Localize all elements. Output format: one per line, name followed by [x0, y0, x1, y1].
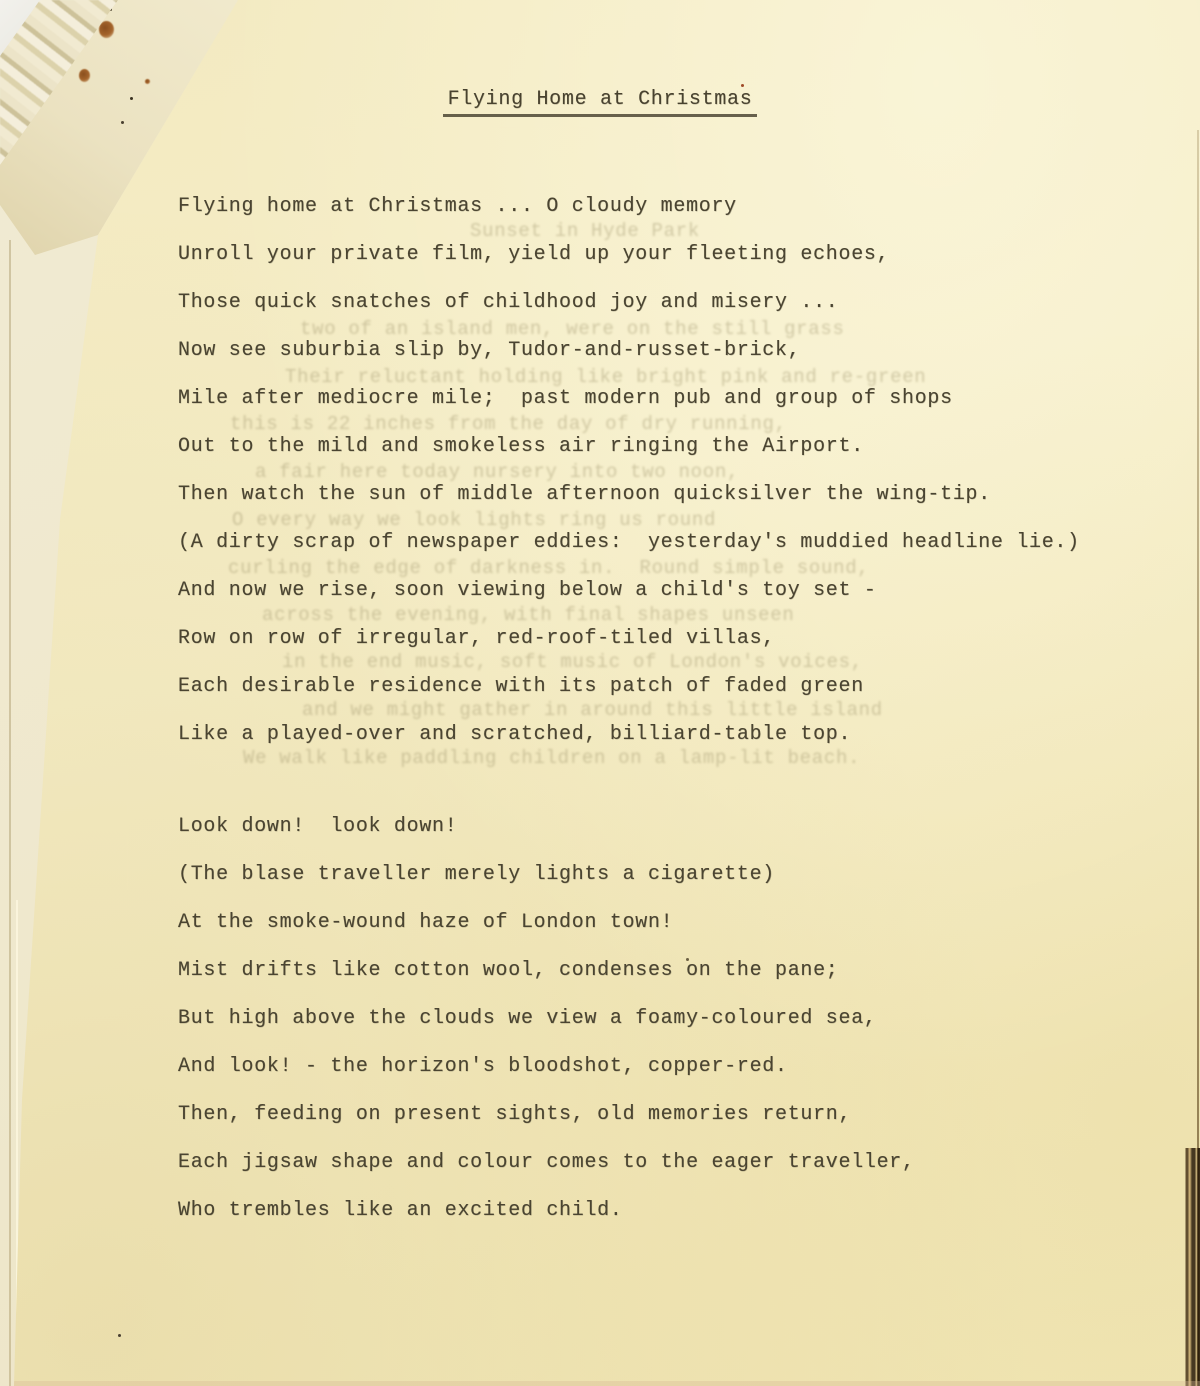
poem-line: Like a played-over and scratched, billia… — [178, 711, 1160, 759]
page-title: Flying Home at Christmas — [443, 88, 758, 117]
poem-line: But high above the clouds we view a foam… — [178, 995, 1160, 1043]
rust-spot — [99, 21, 114, 38]
stanza-2: Look down! look down!(The blase travelle… — [178, 803, 1160, 1235]
ink-speck — [130, 97, 133, 100]
poem-line: Out to the mild and smokeless air ringin… — [178, 423, 1160, 471]
paper-speck — [686, 958, 689, 961]
paper-speck — [741, 84, 744, 87]
poem-line: Each jigsaw shape and colour comes to th… — [178, 1139, 1160, 1187]
scan-bottom-edge — [0, 1381, 1200, 1386]
poem-line: Then, feeding on present sights, old mem… — [178, 1091, 1160, 1139]
stacked-page-edges — [1183, 1148, 1200, 1386]
poem-line: Now see suburbia slip by, Tudor-and-russ… — [178, 327, 1160, 375]
poem-line: Those quick snatches of childhood joy an… — [178, 279, 1160, 327]
scanned-page: Flying Home at Christmas Sunset in Hyde … — [0, 0, 1200, 1386]
stanza-1: Flying home at Christmas ... O cloudy me… — [178, 183, 1160, 759]
poem-line: Row on row of irregular, red-roof-tiled … — [178, 615, 1160, 663]
poem-line: Unroll your private film, yield up your … — [178, 231, 1160, 279]
poem-line: (A dirty scrap of newspaper eddies: yest… — [178, 519, 1160, 567]
under-page-edge-line — [9, 240, 11, 1386]
rust-spot — [145, 79, 150, 84]
poem-line: Mist drifts like cotton wool, condenses … — [178, 947, 1160, 995]
poem-line: Then watch the sun of middle afternoon q… — [178, 471, 1160, 519]
poem-line: Who trembles like an excited child. — [178, 1187, 1160, 1235]
poem-line: Mile after mediocre mile; past modern pu… — [178, 375, 1160, 423]
page: Flying Home at Christmas Sunset in Hyde … — [0, 0, 1200, 1386]
poem-line: Flying home at Christmas ... O cloudy me… — [178, 183, 1160, 231]
poem-line: And look! - the horizon's bloodshot, cop… — [178, 1043, 1160, 1091]
poem-line: Look down! look down! — [178, 803, 1160, 851]
poem-line: (The blase traveller merely lights a cig… — [178, 851, 1160, 899]
paper-speck — [118, 1334, 121, 1337]
poem-line: And now we rise, soon viewing below a ch… — [178, 567, 1160, 615]
poem-line: At the smoke-wound haze of London town! — [178, 899, 1160, 947]
ink-speck — [121, 121, 124, 124]
rust-spot — [79, 69, 90, 82]
poem-line: Each desirable residence with its patch … — [178, 663, 1160, 711]
